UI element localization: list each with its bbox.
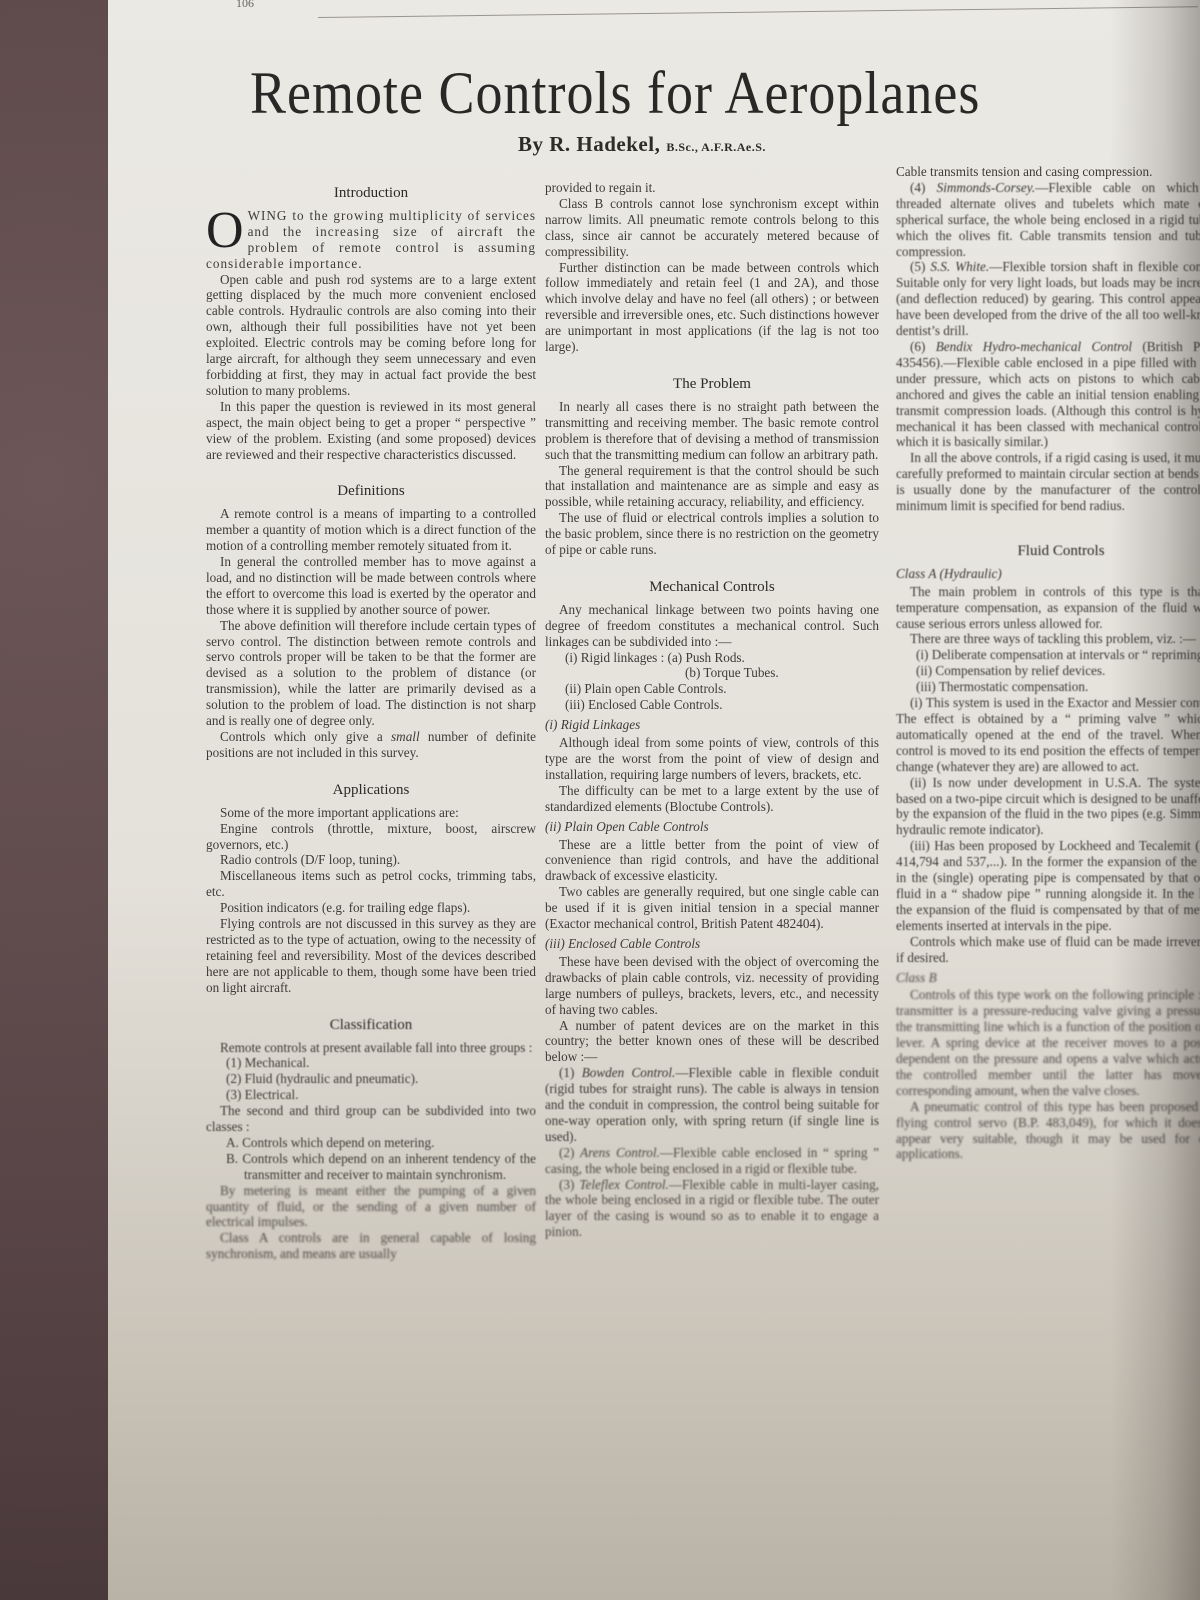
list-item: (i) Rigid linkages : (a) Push Rods. [545, 650, 879, 666]
device-item: (5) S.S. White.—Flexible torsion shaft i… [896, 259, 1200, 339]
section-heading: The Problem [545, 377, 879, 393]
column-1: Introduction OWING to the growing multip… [206, 178, 536, 1262]
section-heading: Classification [206, 1018, 536, 1034]
paragraph: In all the above controls, if a rigid ca… [896, 450, 1200, 514]
paragraph: Open cable and push rod systems are to a… [206, 272, 536, 399]
page-number: 106 [236, 0, 254, 11]
paragraph: Controls which make use of fluid can be … [896, 934, 1200, 966]
section-classification: Classification Remote controls at presen… [206, 1018, 536, 1263]
paragraph: In nearly all cases there is no straight… [545, 399, 879, 463]
device-name: Arens Control. [580, 1145, 660, 1160]
list-item: (iii) Enclosed Cable Controls. [545, 697, 879, 713]
paragraph: The use of fluid or electrical controls … [545, 510, 879, 558]
background-surface [0, 0, 110, 1600]
list-item: (iii) Thermostatic compensation. [896, 679, 1200, 695]
linkage-list: (i) Rigid linkages : (a) Push Rods. (b) … [545, 650, 879, 714]
paragraph: Class A controls are in general capable … [206, 1230, 536, 1262]
section-heading: Mechanical Controls [545, 580, 879, 596]
device-name: S.S. White. [930, 259, 989, 274]
device-name: Teleflex Control. [579, 1177, 668, 1192]
paragraph: The second and third group can be subdiv… [206, 1103, 536, 1135]
list-item: Position indicators (e.g. for trailing e… [206, 900, 536, 916]
section-heading: Introduction [206, 186, 536, 202]
section-introduction: Introduction OWING to the growing multip… [206, 186, 536, 462]
list-item: Radio controls (D/F loop, tuning). [206, 852, 536, 868]
device-item: (4) Simmonds-Corsey.—Flexible cable on w… [896, 180, 1200, 260]
paragraph: Remote controls at present available fal… [206, 1040, 536, 1056]
list-item: (2) Fluid (hydraulic and pneumatic). [206, 1071, 536, 1087]
section-fluid-controls: Fluid Controls Class A (Hydraulic) The m… [896, 544, 1200, 1162]
device-name: Bowden Control. [582, 1065, 676, 1080]
paragraph: Any mechanical linkage between two point… [545, 602, 879, 650]
paragraph: By metering is meant either the pumping … [206, 1183, 536, 1231]
section-definitions: Definitions A remote control is a means … [206, 484, 536, 760]
paragraph: Although ideal from some points of view,… [545, 735, 879, 783]
article-title: Remote Controls for Aeroplanes [250, 58, 980, 127]
list-item: (1) Mechanical. [206, 1055, 536, 1071]
paragraph: In general the controlled member has to … [206, 554, 536, 618]
byline: By R. Hadekel,B.Sc., A.F.R.Ae.S. [518, 132, 766, 157]
emphasis: small [391, 729, 420, 744]
paragraph: Some of the more important applications … [206, 805, 536, 821]
paragraph: (i) This system is used in the Exactor a… [896, 695, 1200, 775]
class-list: A. Controls which depend on metering. B.… [206, 1135, 536, 1183]
paragraph: Cable transmits tension and casing compr… [896, 164, 1200, 180]
paragraph: The general requirement is that the cont… [545, 463, 879, 511]
list-item: B. Controls which depend on an inherent … [206, 1151, 536, 1183]
subsection-heading: (i) Rigid Linkages [545, 717, 879, 733]
section-applications: Applications Some of the more important … [206, 783, 536, 996]
device-item: (2) Arens Control.—Flexible cable enclos… [545, 1145, 879, 1177]
list-item: Miscellaneous items such as petrol cocks… [206, 868, 536, 900]
list-item: (ii) Compensation by relief devices. [896, 663, 1200, 679]
list-item: A. Controls which depend on metering. [206, 1135, 536, 1151]
author-name: By R. Hadekel, [518, 132, 660, 156]
device-name: Bendix Hydro-mechanical Control [936, 339, 1132, 354]
paragraph: (ii) Is now under development in U.S.A. … [896, 775, 1200, 839]
paragraph: In this paper the question is reviewed i… [206, 399, 536, 463]
device-name: Simmonds-Corsey. [937, 180, 1036, 195]
author-qualifications: B.Sc., A.F.R.Ae.S. [666, 140, 766, 154]
paragraph: A number of patent devices are on the ma… [545, 1018, 879, 1066]
device-item: (1) Bowden Control.—Flexible cable in fl… [545, 1065, 879, 1145]
subsection-heading: (iii) Enclosed Cable Controls [545, 936, 879, 952]
paragraph: Controls which only give a small number … [206, 729, 536, 761]
compensation-list: (i) Deliberate compensation at intervals… [896, 647, 1200, 695]
subsection-heading: Class A (Hydraulic) [896, 566, 1200, 582]
list-item: Engine controls (throttle, mixture, boos… [206, 821, 536, 853]
header-rule [318, 6, 1198, 18]
section-heading: Fluid Controls [896, 544, 1200, 560]
paragraph: Class B controls cannot lose synchronism… [545, 196, 879, 260]
paragraph: Further distinction can be made between … [545, 260, 879, 355]
device-item: (3) Teleflex Control.—Flexible cable in … [545, 1177, 879, 1241]
section-mechanical-controls: Mechanical Controls Any mechanical linka… [545, 580, 879, 1240]
paragraph: Two cables are generally required, but o… [545, 884, 879, 932]
paragraph: Controls of this type work on the follow… [896, 987, 1200, 1098]
paragraph: A pneumatic control of this type has bee… [896, 1099, 1200, 1163]
paragraph: (iii) Has been proposed by Lockheed and … [896, 838, 1200, 933]
subsection-heading: (ii) Plain Open Cable Controls [545, 819, 879, 835]
document-page: 106 Remote Controls for Aeroplanes By R.… [108, 0, 1200, 1600]
section-heading: Applications [206, 783, 536, 799]
section-heading: Definitions [206, 484, 536, 500]
device-item: (6) Bendix Hydro-mechanical Control (Bri… [896, 339, 1200, 450]
paragraph: OWING to the growing multiplicity of ser… [206, 208, 536, 272]
list-item: (ii) Plain open Cable Controls. [545, 681, 879, 697]
column-3: Cable transmits tension and casing compr… [896, 164, 1200, 1162]
paragraph: The difficulty can be met to a large ext… [545, 783, 879, 815]
paragraph: The main problem in controls of this typ… [896, 584, 1200, 632]
subsection-heading: Class B [896, 970, 1200, 986]
column-2: provided to regain it. Class B controls … [545, 180, 879, 1240]
list-item: (b) Torque Tubes. [545, 665, 879, 681]
paragraph: Flying controls are not discussed in thi… [206, 916, 536, 996]
drop-cap: O [206, 210, 244, 252]
paragraph: provided to regain it. [545, 180, 879, 196]
list-item: (i) Deliberate compensation at intervals… [896, 647, 1200, 663]
group-list: (1) Mechanical. (2) Fluid (hydraulic and… [206, 1055, 536, 1103]
paragraph: These have been devised with the object … [545, 954, 879, 1018]
section-problem: The Problem In nearly all cases there is… [545, 377, 879, 558]
paragraph: The above definition will therefore incl… [206, 618, 536, 729]
paragraph: A remote control is a means of imparting… [206, 506, 536, 554]
paragraph: These are a little better from the point… [545, 837, 879, 885]
paragraph: There are three ways of tackling this pr… [896, 631, 1200, 647]
list-item: (3) Electrical. [206, 1087, 536, 1103]
